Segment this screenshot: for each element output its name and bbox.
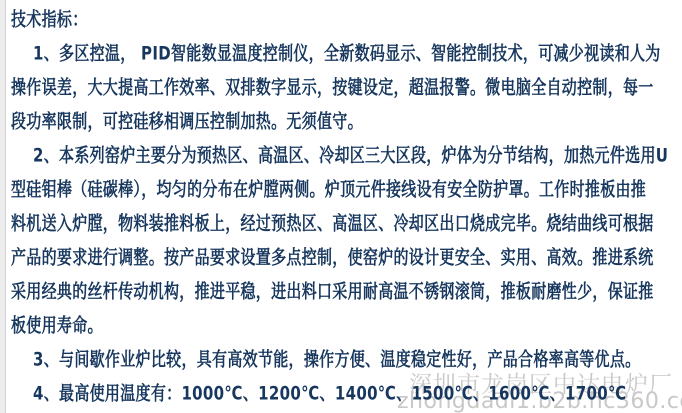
spec-line-11: 4、最高使用温度有：1000℃、1200℃、1400℃、1500℃、1600℃、…	[11, 372, 672, 413]
technical-specs-page: 技术指标： 1、多区控温， PID智能数显温度控制仪，全新数码显示、智能控制技术…	[0, 0, 682, 413]
left-border-strip	[0, 0, 6, 413]
spec-text-block: 技术指标： 1、多区控温， PID智能数显温度控制仪，全新数码显示、智能控制技术…	[11, 2, 672, 410]
